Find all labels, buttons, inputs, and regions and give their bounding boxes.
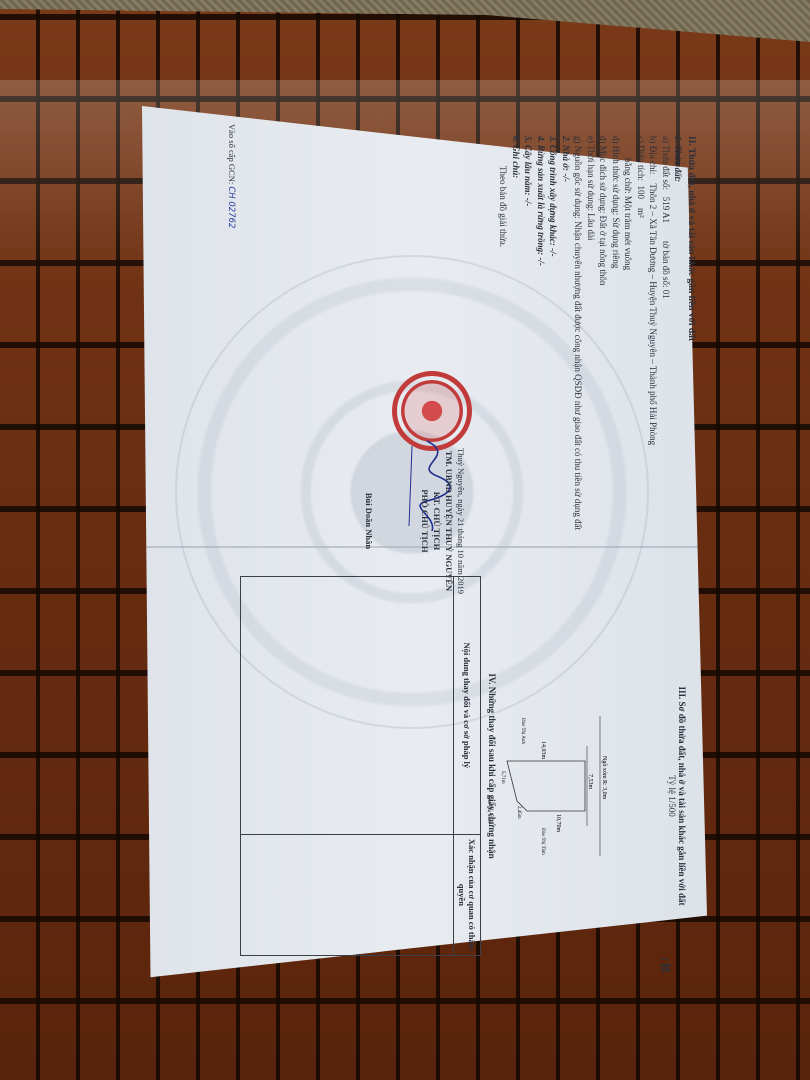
changes-table: Nội dung thay đổi và cơ sở pháp lý Xác n… bbox=[240, 576, 481, 956]
svg-text:Đào Thị Tâm: Đào Thị Tâm bbox=[540, 828, 545, 855]
parcel-diagram: Ngõ xóm R: 3,0m 7,53m 10,70m 14,03m 2,45… bbox=[482, 706, 612, 866]
col-change-content: Nội dung thay đổi và cơ sở pháp lý bbox=[454, 577, 481, 835]
rotated-document-content: II. Thửa đất, nhà ở và tài sản khác gắn … bbox=[142, 106, 707, 986]
svg-text:10,70m: 10,70m bbox=[555, 814, 561, 833]
section-ii: II. Thửa đất, nhà ở và tài sản khác gắn … bbox=[497, 136, 697, 556]
svg-text:Ngõ xóm R: 3,0m: Ngõ xóm R: 3,0m bbox=[601, 756, 607, 800]
svg-text:2,45m: 2,45m bbox=[516, 806, 521, 819]
registry-number: Vào sổ cấp GCN: CH 02762 bbox=[226, 124, 237, 324]
svg-text:14,03m: 14,03m bbox=[540, 741, 546, 760]
area-row: c) Diện tích: 100 m² bbox=[635, 136, 648, 556]
svg-text:Đào Thị Anh: Đào Thị Anh bbox=[520, 718, 525, 745]
address-row: b) Địa chỉ: Thôn 2 – Xã Tân Dương – Huyệ… bbox=[647, 136, 660, 556]
section-iii: III. Sơ đồ thửa đất, nhà ở và tài sản kh… bbox=[667, 646, 687, 946]
section-iv-title: IV. Những thay đổi sau khi cấp giấy chứn… bbox=[487, 576, 497, 956]
section-iii-title: III. Sơ đồ thửa đất, nhà ở và tài sản kh… bbox=[677, 646, 687, 946]
col-authority-confirmation: Xác nhận của cơ quan có thẩm quyền bbox=[454, 834, 481, 955]
svg-text:7,53m: 7,53m bbox=[587, 774, 593, 790]
parcel-row: a) Thửa đất số: 519 A1 tờ bản đồ số: 01 bbox=[660, 136, 673, 556]
section-ii-title: II. Thửa đất, nhà ở và tài sản khác gắn … bbox=[685, 136, 698, 556]
north-arrow-icon: ↑B bbox=[656, 956, 672, 972]
section-iv: IV. Những thay đổi sau khi cấp giấy chứn… bbox=[240, 576, 497, 956]
scale-label: Tỷ lệ 1/500 bbox=[667, 646, 677, 946]
svg-text:5,71m: 5,71m bbox=[500, 771, 505, 784]
